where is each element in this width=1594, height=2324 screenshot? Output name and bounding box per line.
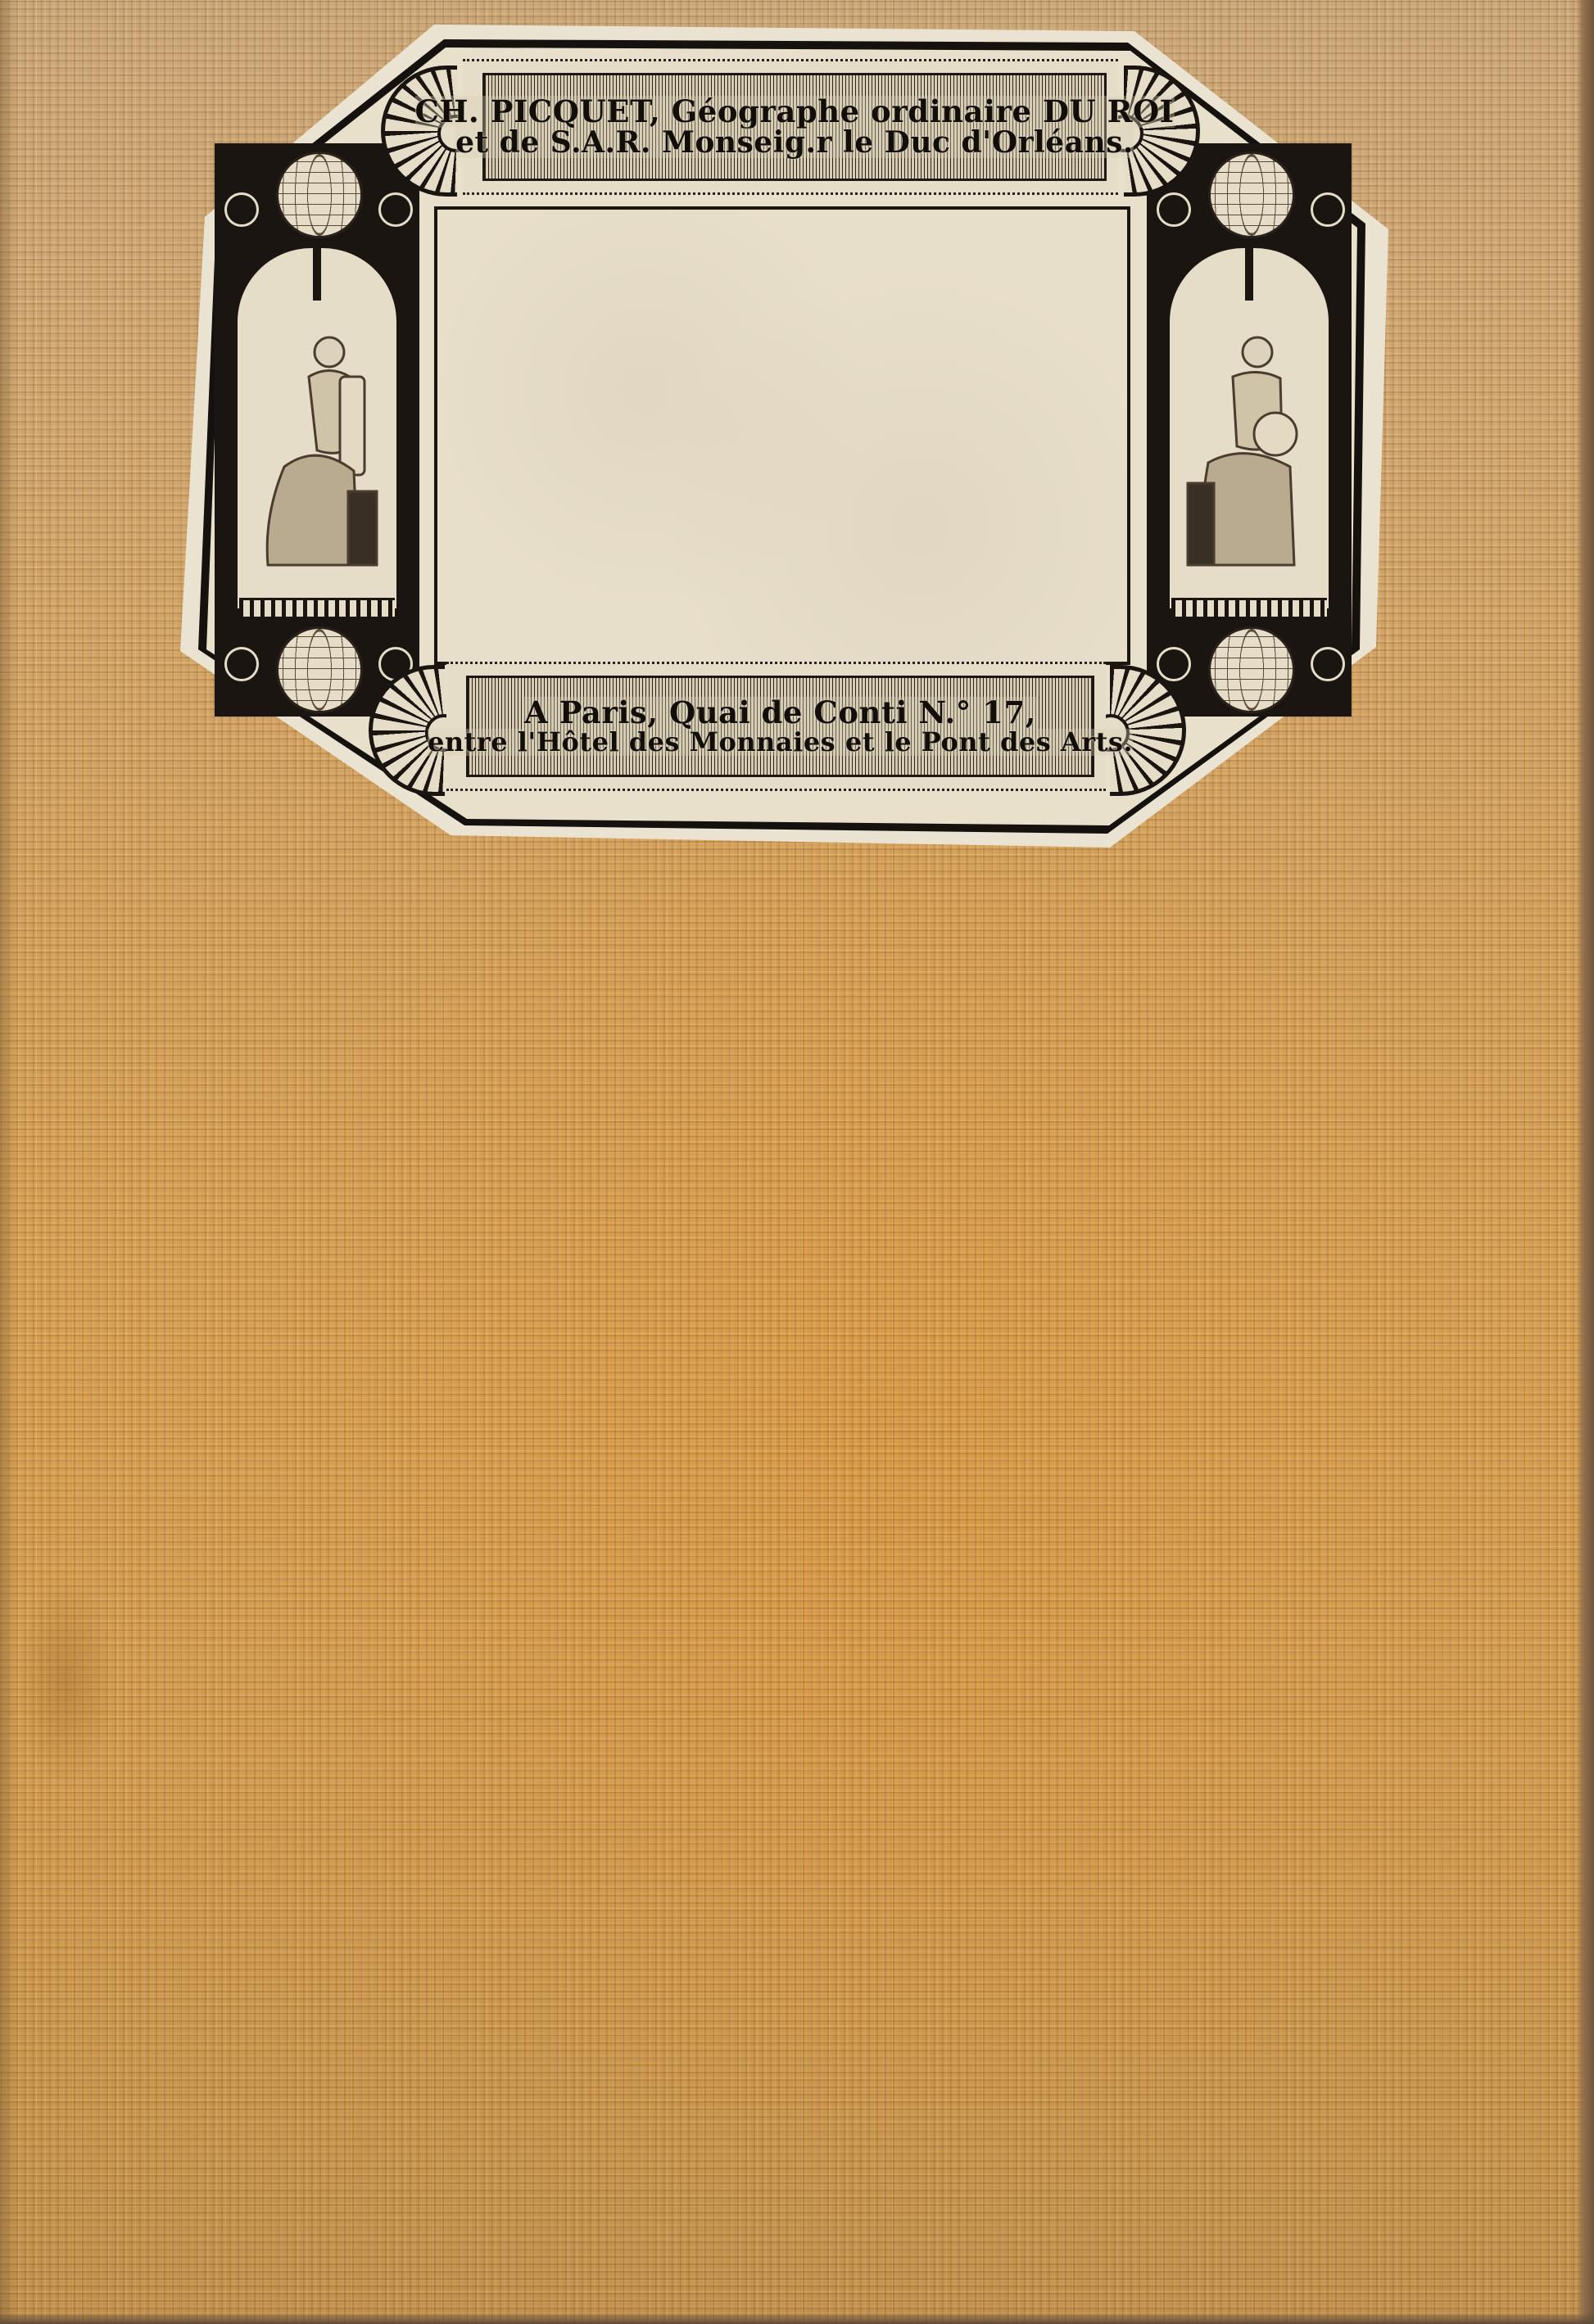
flower-ornament-icon: [1311, 192, 1345, 227]
flower-ornament-icon: [1157, 192, 1191, 227]
right-niche: [1147, 143, 1352, 717]
seated-figure-with-scroll-icon: [251, 319, 383, 590]
cover-bottom-edge: [0, 2313, 1594, 2324]
flower-ornament-icon: [1157, 647, 1191, 681]
cover-left-edge: [0, 0, 16, 2324]
publisher-name-box: CH. PICQUET, Géographe ordinaire DU ROI …: [482, 73, 1107, 181]
globe-icon: [276, 626, 363, 713]
cover-right-edge: [1576, 0, 1594, 2324]
flower-ornament-icon: [378, 192, 413, 227]
publisher-address-box: A Paris, Quai de Conti N.° 17, entre l'H…: [466, 676, 1094, 777]
globe-icon: [276, 151, 363, 238]
flower-ornament-icon: [224, 192, 259, 227]
publisher-address-detail: entre l'Hôtel des Monnaies et le Pont de…: [428, 729, 1133, 757]
left-niche: [215, 143, 419, 717]
publisher-address: A Paris, Quai de Conti N.° 17,: [524, 697, 1036, 729]
niche-ledge: [1171, 598, 1327, 619]
globe-icon: [1208, 151, 1295, 238]
niche-ledge: [239, 598, 395, 619]
seated-figure-with-globe-icon: [1184, 319, 1315, 590]
cloth-stain: [16, 1572, 115, 1785]
globe-icon: [1208, 626, 1295, 713]
publisher-name: CH. PICQUET, Géographe ordinaire DU ROI: [415, 96, 1175, 128]
flower-ornament-icon: [1311, 647, 1345, 681]
publisher-name-cartouche: CH. PICQUET, Géographe ordinaire DU ROI …: [463, 59, 1118, 195]
flower-ornament-icon: [224, 647, 259, 681]
publisher-patron: et de S.A.R. Monseig.r le Duc d'Orléans.: [455, 128, 1134, 159]
publisher-address-cartouche: A Paris, Quai de Conti N.° 17, entre l'H…: [446, 662, 1106, 791]
blank-title-panel: [434, 206, 1130, 665]
